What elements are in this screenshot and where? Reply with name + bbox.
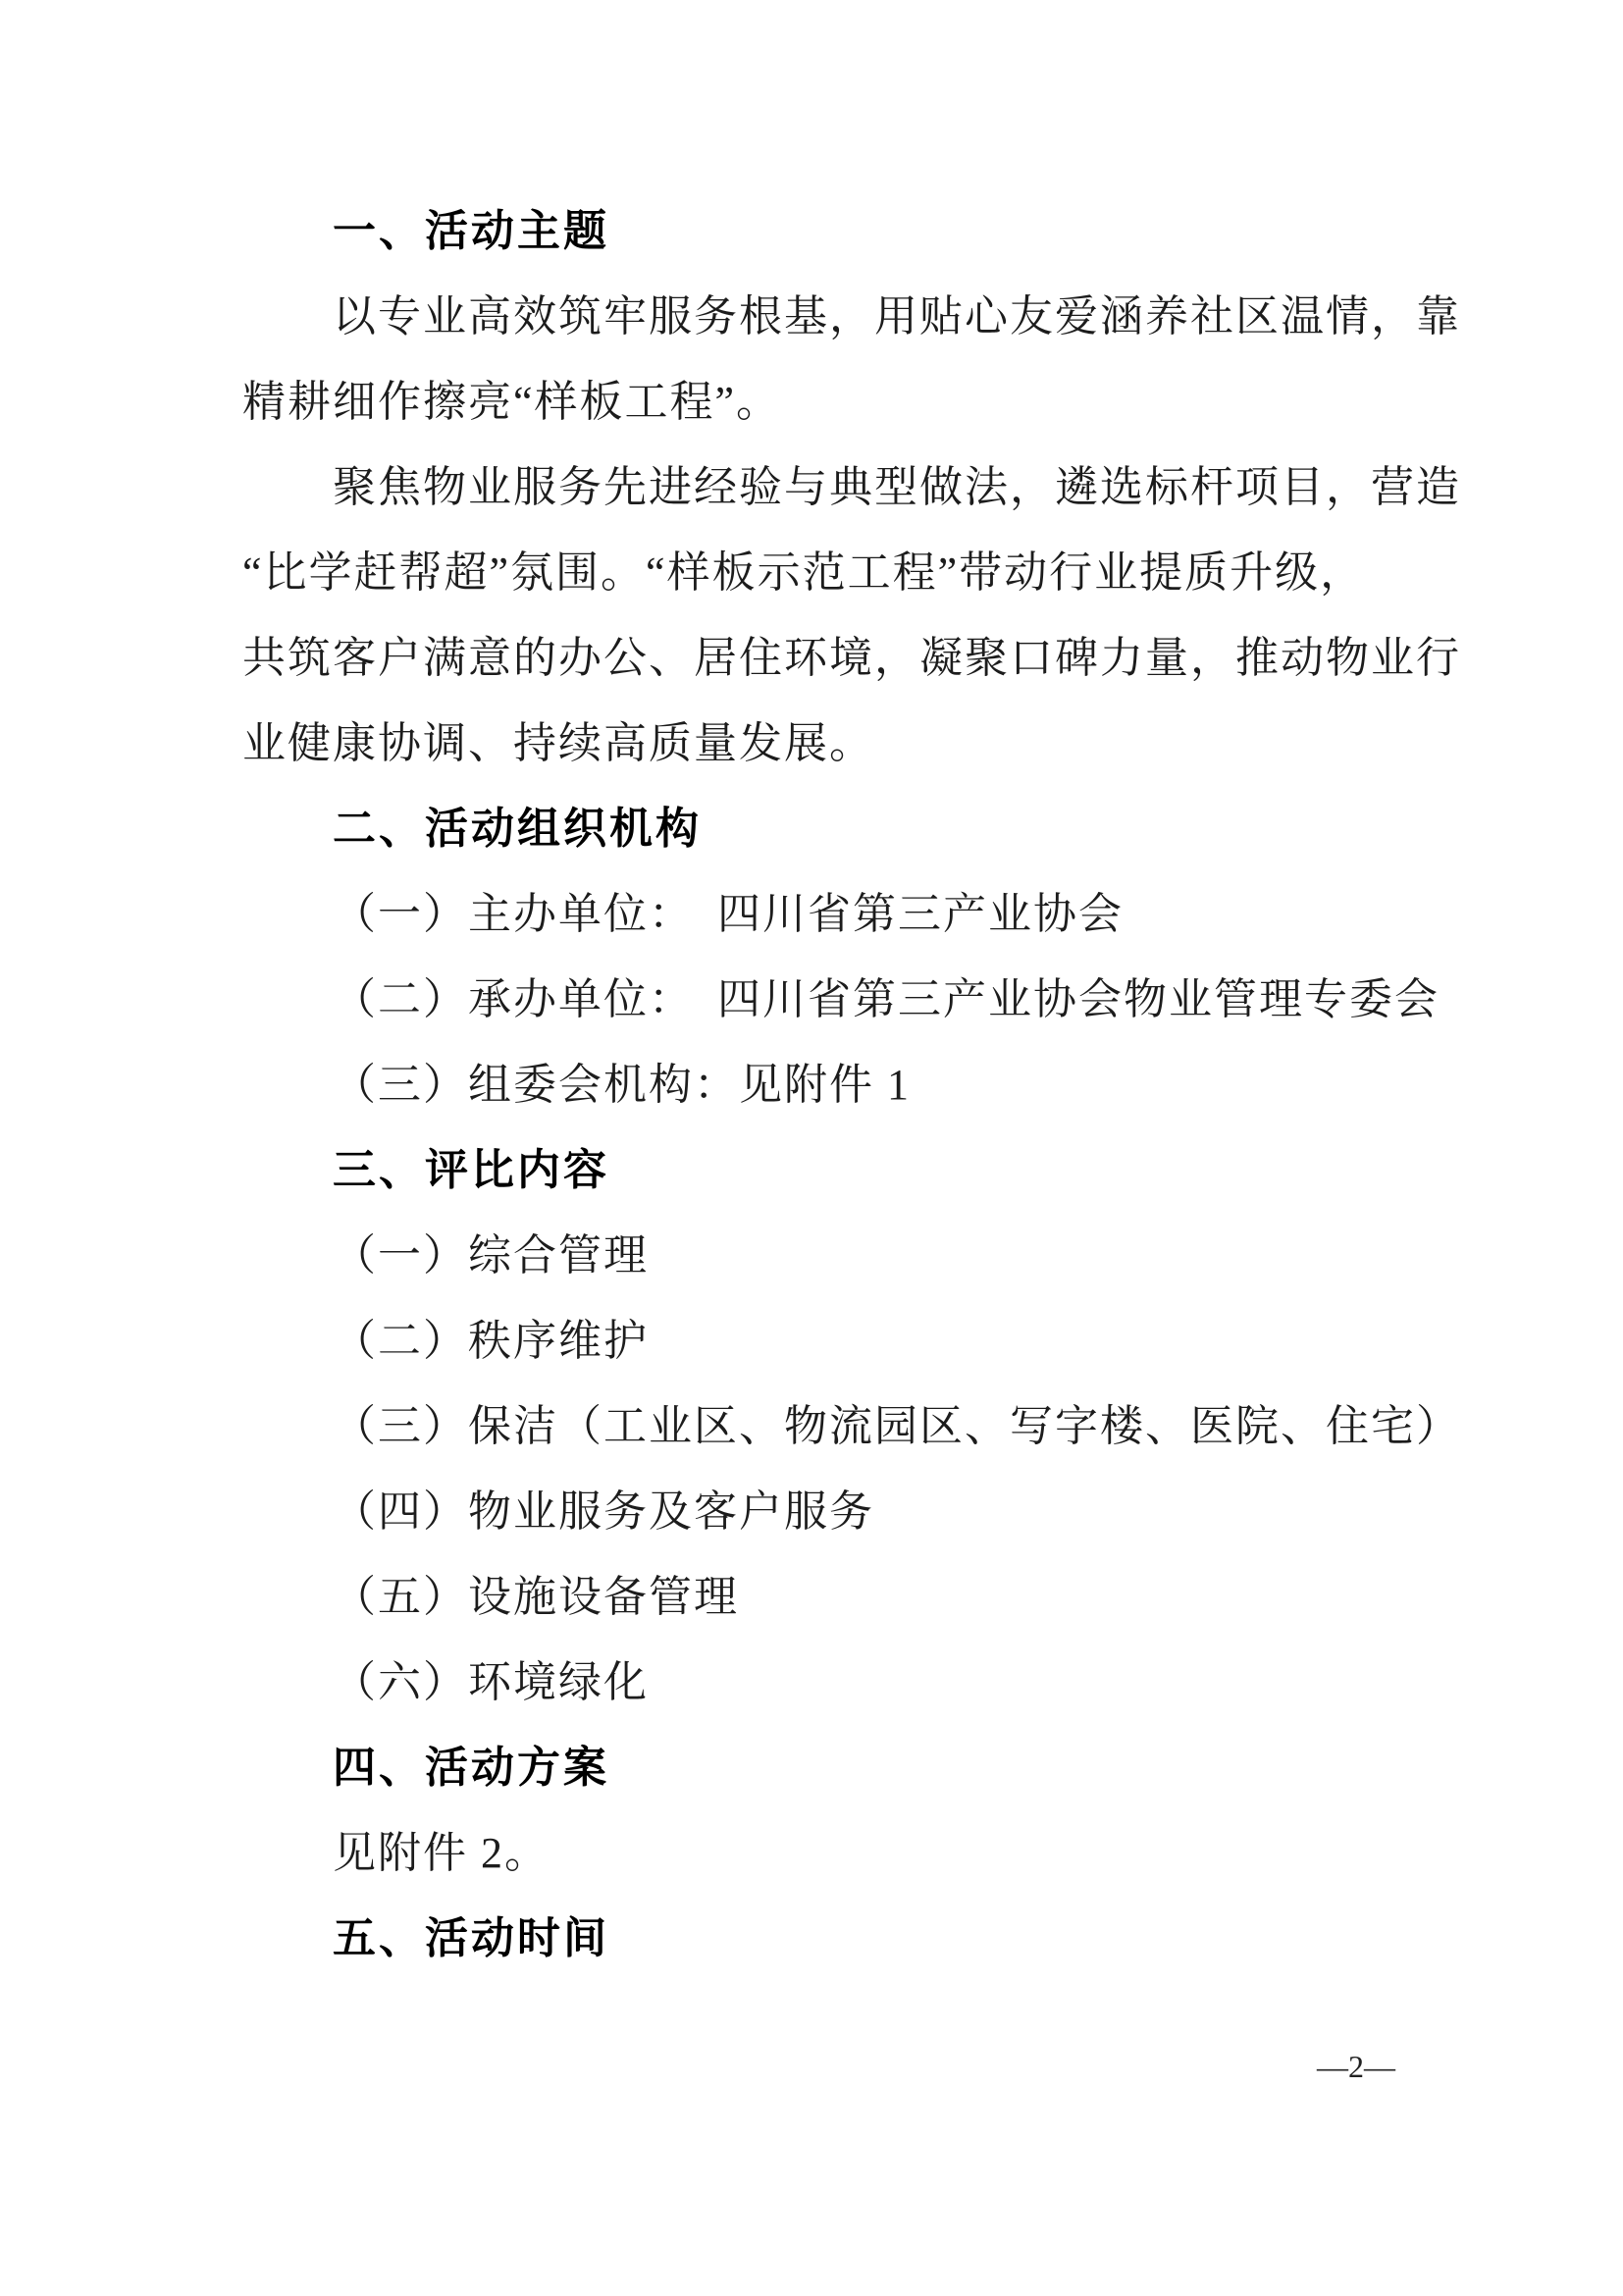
paragraph-line: 业健康协调、持续高质量发展。 [242,701,1469,786]
document-page: 一、活动主题 以专业高效筑牢服务根基，用贴心友爱涵养社区温情，靠 精耕细作擦亮“… [0,0,1623,2296]
heading-activity-time: 五、活动时间 [242,1896,1469,1981]
heading-activity-theme: 一、活动主题 [242,188,1469,274]
paragraph-line: 共筑客户满意的办公、居住环境，凝聚口碑力量，推动物业行 [242,615,1469,701]
heading-organizing-bodies: 二、活动组织机构 [242,786,1469,871]
list-item-host-unit: （一）主办单位： 四川省第三产业协会 [242,871,1469,957]
paragraph-line: 聚焦物业服务先进经验与典型做法，遴选标杆项目，营造 [242,444,1469,530]
list-item-facility-equipment-management: （五）设施设备管理 [242,1554,1469,1640]
section-activity-theme: 一、活动主题 以专业高效筑牢服务根基，用贴心友爱涵养社区温情，靠 精耕细作擦亮“… [242,188,1469,786]
document-body: 一、活动主题 以专业高效筑牢服务根基，用贴心友爱涵养社区温情，靠 精耕细作擦亮“… [242,188,1469,1981]
paragraph-see-attachment-2: 见附件 2。 [242,1810,1469,1896]
paragraph-line: 以专业高效筑牢服务根基，用贴心友爱涵养社区温情，靠 [242,274,1469,359]
section-organizing-bodies: 二、活动组织机构 （一）主办单位： 四川省第三产业协会 （二）承办单位： 四川省… [242,786,1469,1127]
section-activity-plan: 四、活动方案 见附件 2。 [242,1725,1469,1896]
heading-evaluation-content: 三、评比内容 [242,1127,1469,1213]
list-item-undertaking-unit: （二）承办单位： 四川省第三产业协会物业管理专委会 [242,957,1469,1042]
heading-activity-plan: 四、活动方案 [242,1725,1469,1810]
page-number: —2— [1317,2043,1395,2090]
list-item-property-customer-service: （四）物业服务及客户服务 [242,1469,1469,1554]
section-evaluation-content: 三、评比内容 （一）综合管理 （二）秩序维护 （三）保洁（工业区、物流园区、写字… [242,1127,1469,1725]
list-item-committee-structure: （三）组委会机构：见附件 1 [242,1042,1469,1127]
paragraph-line: 精耕细作擦亮“样板工程”。 [242,359,1469,444]
paragraph-line: “比学赶帮超”氛围。“样板示范工程”带动行业提质升级， [242,530,1469,615]
list-item-order-maintenance: （二）秩序维护 [242,1298,1469,1383]
list-item-comprehensive-management: （一）综合管理 [242,1213,1469,1298]
list-item-cleaning: （三）保洁（工业区、物流园区、写字楼、医院、住宅） [242,1383,1469,1469]
section-activity-time: 五、活动时间 [242,1896,1469,1981]
list-item-environment-greening: （六）环境绿化 [242,1640,1469,1725]
